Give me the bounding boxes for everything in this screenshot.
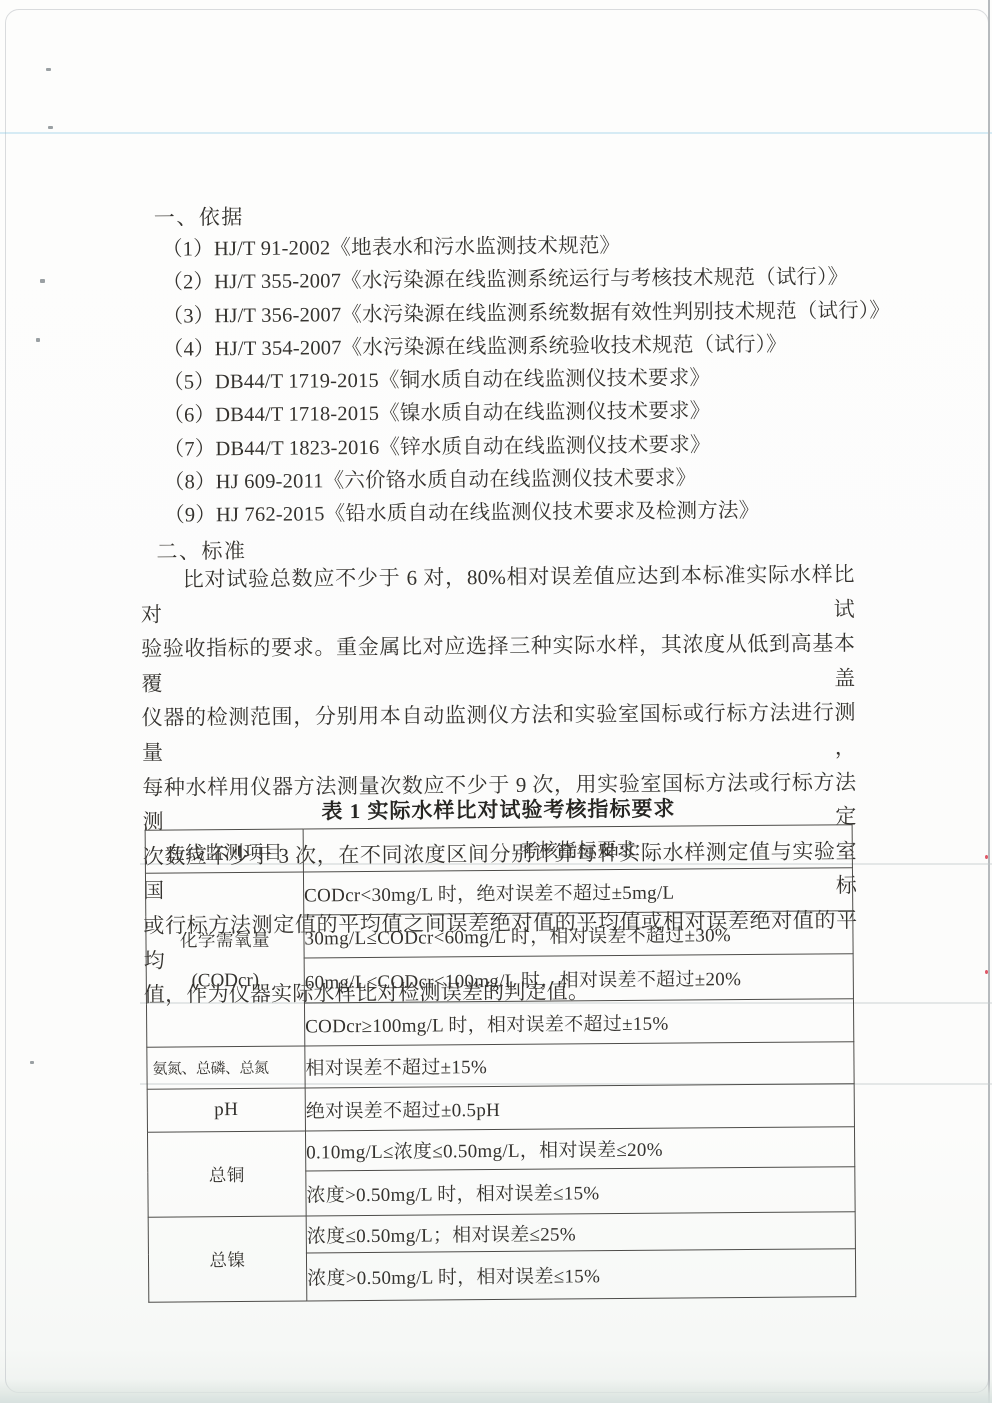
table-cell-item-ph: pH [147, 1088, 305, 1132]
table-cell-requirement: 绝对误差不超过±0.5pH [305, 1084, 854, 1131]
table-cell-requirement: 相对误差不超过±15% [305, 1042, 854, 1088]
section-basis-heading: 一、依据 [154, 201, 244, 232]
comparison-indicator-table: 在线监测项目 考核指标要求 化学需氧量 (CODcr) CODcr<30mg/L… [145, 824, 857, 1303]
table-cell-requirement: 浓度≤0.50mg/L；相对误差≤25% [306, 1212, 855, 1253]
reference-item: （4）HJ/T 354-2007《水污染源在线监测系统验收技术规范（试行）》 [163, 328, 891, 367]
paragraph-line: 仪器的检测范围，分别用本自动监测仪方法和实验室国标或行标方法进行测量， [142, 696, 857, 771]
reference-item: （2）HJ/T 355-2007《水污染源在线监测系统运行与考核技术规范（试行）… [162, 261, 890, 300]
table-cell-requirement: 60mg/L≤CODcr<100mg/L 时，相对误差不超过±20% [304, 954, 853, 1003]
item-name-line2: (CODcr) [147, 970, 304, 993]
scanned-document-page: 一、依据 （1）HJ/T 91-2002《地表水和污水监测技术规范》 （2）HJ… [0, 0, 992, 1403]
table-cell-item-nh3-tp-tn: 氨氮、总磷、总氮 [147, 1046, 305, 1089]
table-cell-requirement: 30mg/L≤CODcr<60mg/L 时，相对误差不超过±30% [304, 911, 853, 958]
table-cell-requirement: CODcr<30mg/L 时，绝对误差不超过±5mg/L [303, 868, 852, 915]
table-cell-requirement: 浓度>0.50mg/L 时，相对误差≤15% [306, 1167, 855, 1216]
table-cell-item-codcr: 化学需氧量 (CODcr) [145, 872, 304, 1047]
document-content: 一、依据 （1）HJ/T 91-2002《地表水和污水监测技术规范》 （2）HJ… [0, 0, 992, 1403]
table-cell-item-total-nickel: 总镍 [148, 1216, 307, 1302]
table-cell-item-total-copper: 总铜 [147, 1131, 306, 1217]
reference-item: （9）HJ 762-2015《铅水质自动在线监测仪技术要求及检测方法》 [164, 494, 892, 533]
reference-item: （3）HJ/T 356-2007《水污染源在线监测系统数据有效性判别技术规范（试… [162, 294, 890, 333]
paragraph-line: 验验收指标的要求。重金属比对应选择三种实际水样，其浓度从低到高基本覆盖 [141, 626, 856, 701]
paragraph-line: 比对试验总数应不少于 6 对，80%相对误差值应达到本标准实际水样比对试 [141, 557, 856, 632]
table-header-item-column: 在线监测项目 [145, 829, 303, 873]
section-standard-heading: 二、标准 [156, 535, 246, 566]
item-name-line1: 化学需氧量 [146, 927, 303, 953]
table-cell-requirement: 浓度>0.50mg/L 时，相对误差≤15% [306, 1249, 855, 1301]
table-title: 表 1 实际水样比对试验考核指标要求 [144, 791, 852, 827]
table-header-requirement-column: 考核指标要求 [303, 825, 852, 872]
table-cell-requirement: CODcr≥100mg/L 时，相对误差不超过±15% [304, 999, 853, 1046]
table-cell-requirement: 0.10mg/L≤浓度≤0.50mg/L，相对误差≤20% [305, 1127, 854, 1171]
reference-list: （1）HJ/T 91-2002《地表水和污水监测技术规范》 （2）HJ/T 35… [162, 228, 892, 533]
